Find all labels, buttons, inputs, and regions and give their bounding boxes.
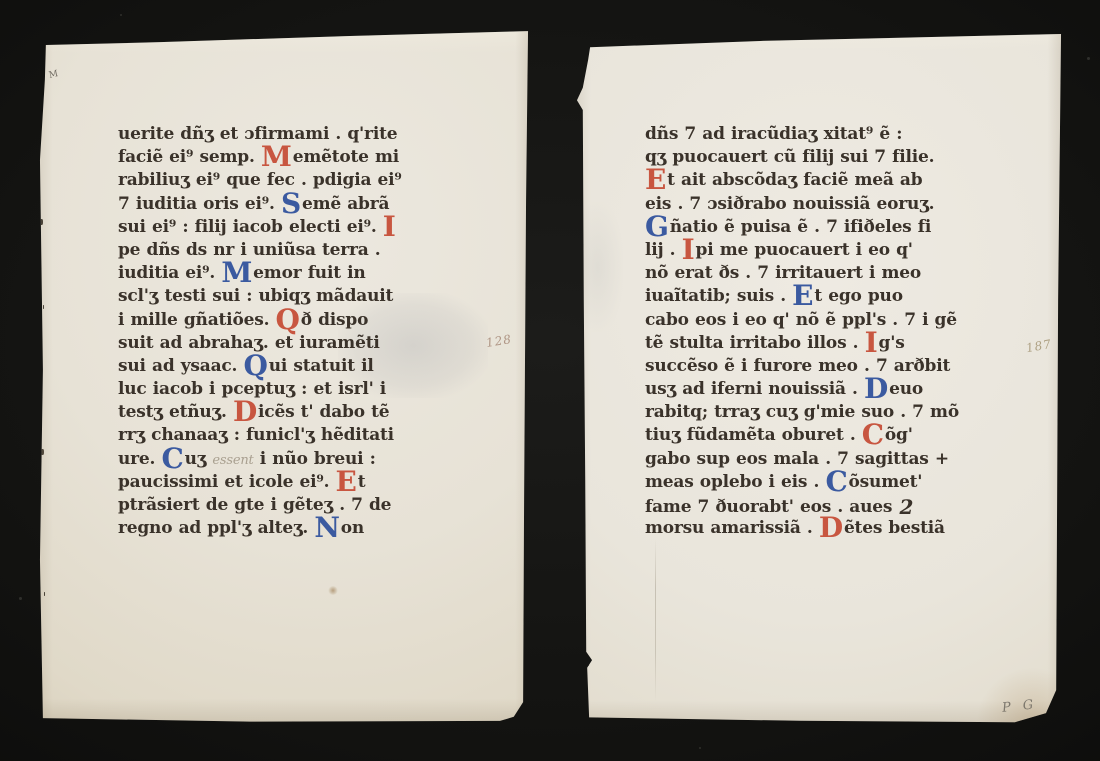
folio-number-left: 128 [485,332,513,350]
illuminated-initial: C [862,418,885,451]
pencil-mark: M [48,69,59,81]
text-segment: g's [879,333,905,353]
manuscript-text-right: dñs 7 ad iracũdiaʒ xitat⁹ ẽ :qʒ puocauer… [645,124,955,541]
text-segment: meas oplebo i eis . [645,472,825,492]
text-segment: õg' [885,425,913,445]
text-segment: on [341,518,364,538]
dust-speck [19,597,22,600]
illuminated-initial: E [336,465,358,498]
illuminated-initial: D [819,511,844,544]
manuscript-line: paucissimi et icole ei⁹. Et [118,472,422,495]
dust-speck [120,14,122,16]
text-segment: t ait abscõdaʒ faciẽ meã ab [667,170,922,190]
illuminated-initial: E [645,163,667,196]
text-segment: nõ erat ðs . 7 irritauert i meo [645,263,921,283]
manuscript-line: morsu amarissiã . Dẽtes bestiã [645,518,955,541]
illuminated-initial: M [261,140,293,173]
stain-spot [328,586,338,595]
illuminated-initial: M [221,256,253,289]
text-segment: emẽtote mi [293,147,399,167]
text-segment: õsumet' [849,472,923,492]
text-segment: iuditia ei⁹. [118,263,221,283]
text-segment: succẽso ẽ i furore meo . 7 arðbit [645,356,950,376]
manuscript-line: tiuʒ fũdamẽta oburet . Cõg' [645,425,955,448]
illuminated-initial: Q [276,303,301,336]
text-segment: testʒ etñuʒ. [118,402,233,422]
manuscript-line: faciẽ ei⁹ semp. Memẽtote mi [118,147,422,170]
text-segment: eis . 7 ɔsiðrabo nouissiã eoruʒ. [645,194,934,214]
text-segment: rabiliuʒ ei⁹ que fec . pdigia ei⁹ [118,170,402,190]
text-segment: regno ad ppl'ʒ alteʒ. [118,518,314,538]
text-segment: sui ad ysaac. [118,356,244,376]
manuscript-line: succẽso ẽ i furore meo . 7 arðbit [645,356,955,379]
manuscript-line: ure. Cuʒ essent i nũo breui : [118,449,422,472]
manuscript-line: qʒ puocauert cũ filij sui 7 filie. [645,147,955,170]
manuscript-line: testʒ etñuʒ. Dicẽs t' dabo tẽ [118,402,422,425]
folio-number-right: 187 [1025,337,1053,355]
illuminated-initial: C [825,465,848,498]
manuscript-text-left: uerite dñʒ et ɔfirmami . q'ritefaciẽ ei⁹… [118,124,422,541]
manuscript-line: cabo eos i eo q' nõ ẽ ppl's . 7 i gẽ [645,310,955,333]
manuscript-line: usʒ ad iferni nouissiã . Deuo [645,379,955,402]
illuminated-initial: I [865,326,879,359]
illuminated-initial: I [682,233,696,266]
text-segment: euo [889,379,923,399]
text-segment: t ego puo [814,286,903,306]
text-segment: gabo sup eos mala . 7 sagittas + [645,449,949,469]
text-segment: cabo eos i eo q' nõ ẽ ppl's . 7 i gẽ [645,310,957,330]
manuscript-line: Et ait abscõdaʒ faciẽ meã ab [645,170,955,193]
manuscript-line: pe dñs ds nr i uniũsa terra . [118,240,422,263]
text-segment: i mille gñatiões. [118,310,276,330]
manuscript-line: luc iacob i pceptuʒ : et isrl' i [118,379,422,402]
text-segment: ð dispo [301,310,369,330]
manuscript-line: lij . Ipi me puocauert i eo q' [645,240,955,263]
text-segment: pi me puocauert i eo q' [696,240,913,260]
photo-background: M uerite dñʒ et ɔfirmami . q'ritefaciẽ e… [0,0,1100,761]
manuscript-line: fame 7 ðuorabt' eos . aues 2 [645,495,955,518]
text-segment: ñatio ẽ puisa ẽ . 7 ifiðeles fi [670,217,931,237]
text-segment: iuaĩtatib; suis . [645,286,792,306]
text-segment: rabitq; trraʒ cuʒ g'mie suo . 7 mõ [645,402,959,422]
manuscript-line: ptrãsiert de gte i gẽteʒ . 7 de [118,495,422,518]
pencil-inscription: P G [1001,697,1038,716]
illuminated-initial: D [864,372,889,405]
dust-speck [1087,57,1090,60]
text-segment: dñs 7 ad iracũdiaʒ xitat⁹ ẽ : [645,124,902,144]
text-segment: fame 7 ðuorabt' eos . aues [645,497,892,517]
text-segment: tẽ stulta irritabo illos . [645,333,865,353]
text-segment: emẽ abrã [302,194,389,214]
illuminated-initial: G [645,210,670,243]
manuscript-line: rabiliuʒ ei⁹ que fec . pdigia ei⁹ [118,170,422,193]
binding-edge-marks [40,219,43,225]
text-segment: 7 iuditia oris ei⁹. [118,194,281,214]
text-segment: morsu amarissiã . [645,518,819,538]
text-segment: 2 [892,495,913,519]
text-segment: icẽs t' dabo tẽ [258,402,389,422]
illuminated-initial: N [314,511,340,544]
text-segment: ui statuit il [269,356,374,376]
vellum-crease [655,539,656,701]
text-segment: uerite dñʒ et ɔfirmami . q'rite [118,124,397,144]
text-segment: lij . [645,240,682,260]
right-manuscript-leaf: dñs 7 ad iracũdiaʒ xitat⁹ ẽ :qʒ puocauer… [576,27,1062,725]
manuscript-line: 7 iuditia oris ei⁹. Semẽ abrã [118,194,422,217]
manuscript-line: scl'ʒ testi sui : ubiqʒ mãdauit [118,286,422,309]
manuscript-line: iuaĩtatib; suis . Et ego puo [645,286,955,309]
text-segment: tiuʒ fũdamẽta oburet . [645,425,862,445]
text-segment: emor fuit in [253,263,365,283]
manuscript-line: sui ad ysaac. Qui statuit il [118,356,422,379]
text-segment: paucissimi et icole ei⁹. [118,472,336,492]
illuminated-initial: D [233,395,258,428]
text-segment: scl'ʒ testi sui : ubiqʒ mãdauit [118,286,393,306]
manuscript-line: meas oplebo i eis . Cõsumet' [645,472,955,495]
manuscript-line: tẽ stulta irritabo illos . Ig's [645,333,955,356]
manuscript-line: regno ad ppl'ʒ alteʒ. Non [118,518,422,541]
illuminated-initial: C [161,442,184,475]
text-segment: t [358,472,366,492]
manuscript-line: rabitq; trraʒ cuʒ g'mie suo . 7 mõ [645,402,955,425]
manuscript-line: eis . 7 ɔsiðrabo nouissiã eoruʒ. [645,194,955,217]
left-manuscript-leaf: M uerite dñʒ et ɔfirmami . q'ritefaciẽ e… [38,29,530,723]
text-segment: faciẽ ei⁹ semp. [118,147,261,167]
illuminated-initial: E [792,279,814,312]
manuscript-line: gabo sup eos mala . 7 sagittas + [645,449,955,472]
text-segment: ure. [118,449,161,469]
illuminated-initial: Q [244,349,269,382]
text-segment: sui ei⁹ : filij iacob electi ei⁹. [118,217,383,237]
manuscript-line: i mille gñatiões. Qð dispo [118,310,422,333]
manuscript-line: iuditia ei⁹. Memor fuit in [118,263,422,286]
text-segment: usʒ ad iferni nouissiã . [645,379,864,399]
text-segment: uʒ [185,449,213,469]
manuscript-line: dñs 7 ad iracũdiaʒ xitat⁹ ẽ : [645,124,955,147]
text-segment: essent [212,453,253,468]
text-segment: ptrãsiert de gte i gẽteʒ . 7 de [118,495,391,515]
illuminated-initial: S [281,187,302,220]
show-through-stain [581,202,623,332]
text-segment: rrʒ chanaaʒ : funicl'ʒ hẽditati [118,425,394,445]
text-segment: qʒ puocauert cũ filij sui 7 filie. [645,147,934,167]
illuminated-initial: I [383,210,397,243]
text-segment: ẽtes bestiã [844,518,945,538]
manuscript-line: sui ei⁹ : filij iacob electi ei⁹. I [118,217,422,240]
wormhole [584,660,589,666]
dust-speck [699,747,701,749]
manuscript-line: suit ad abrahaʒ. et iuramẽti [118,333,422,356]
